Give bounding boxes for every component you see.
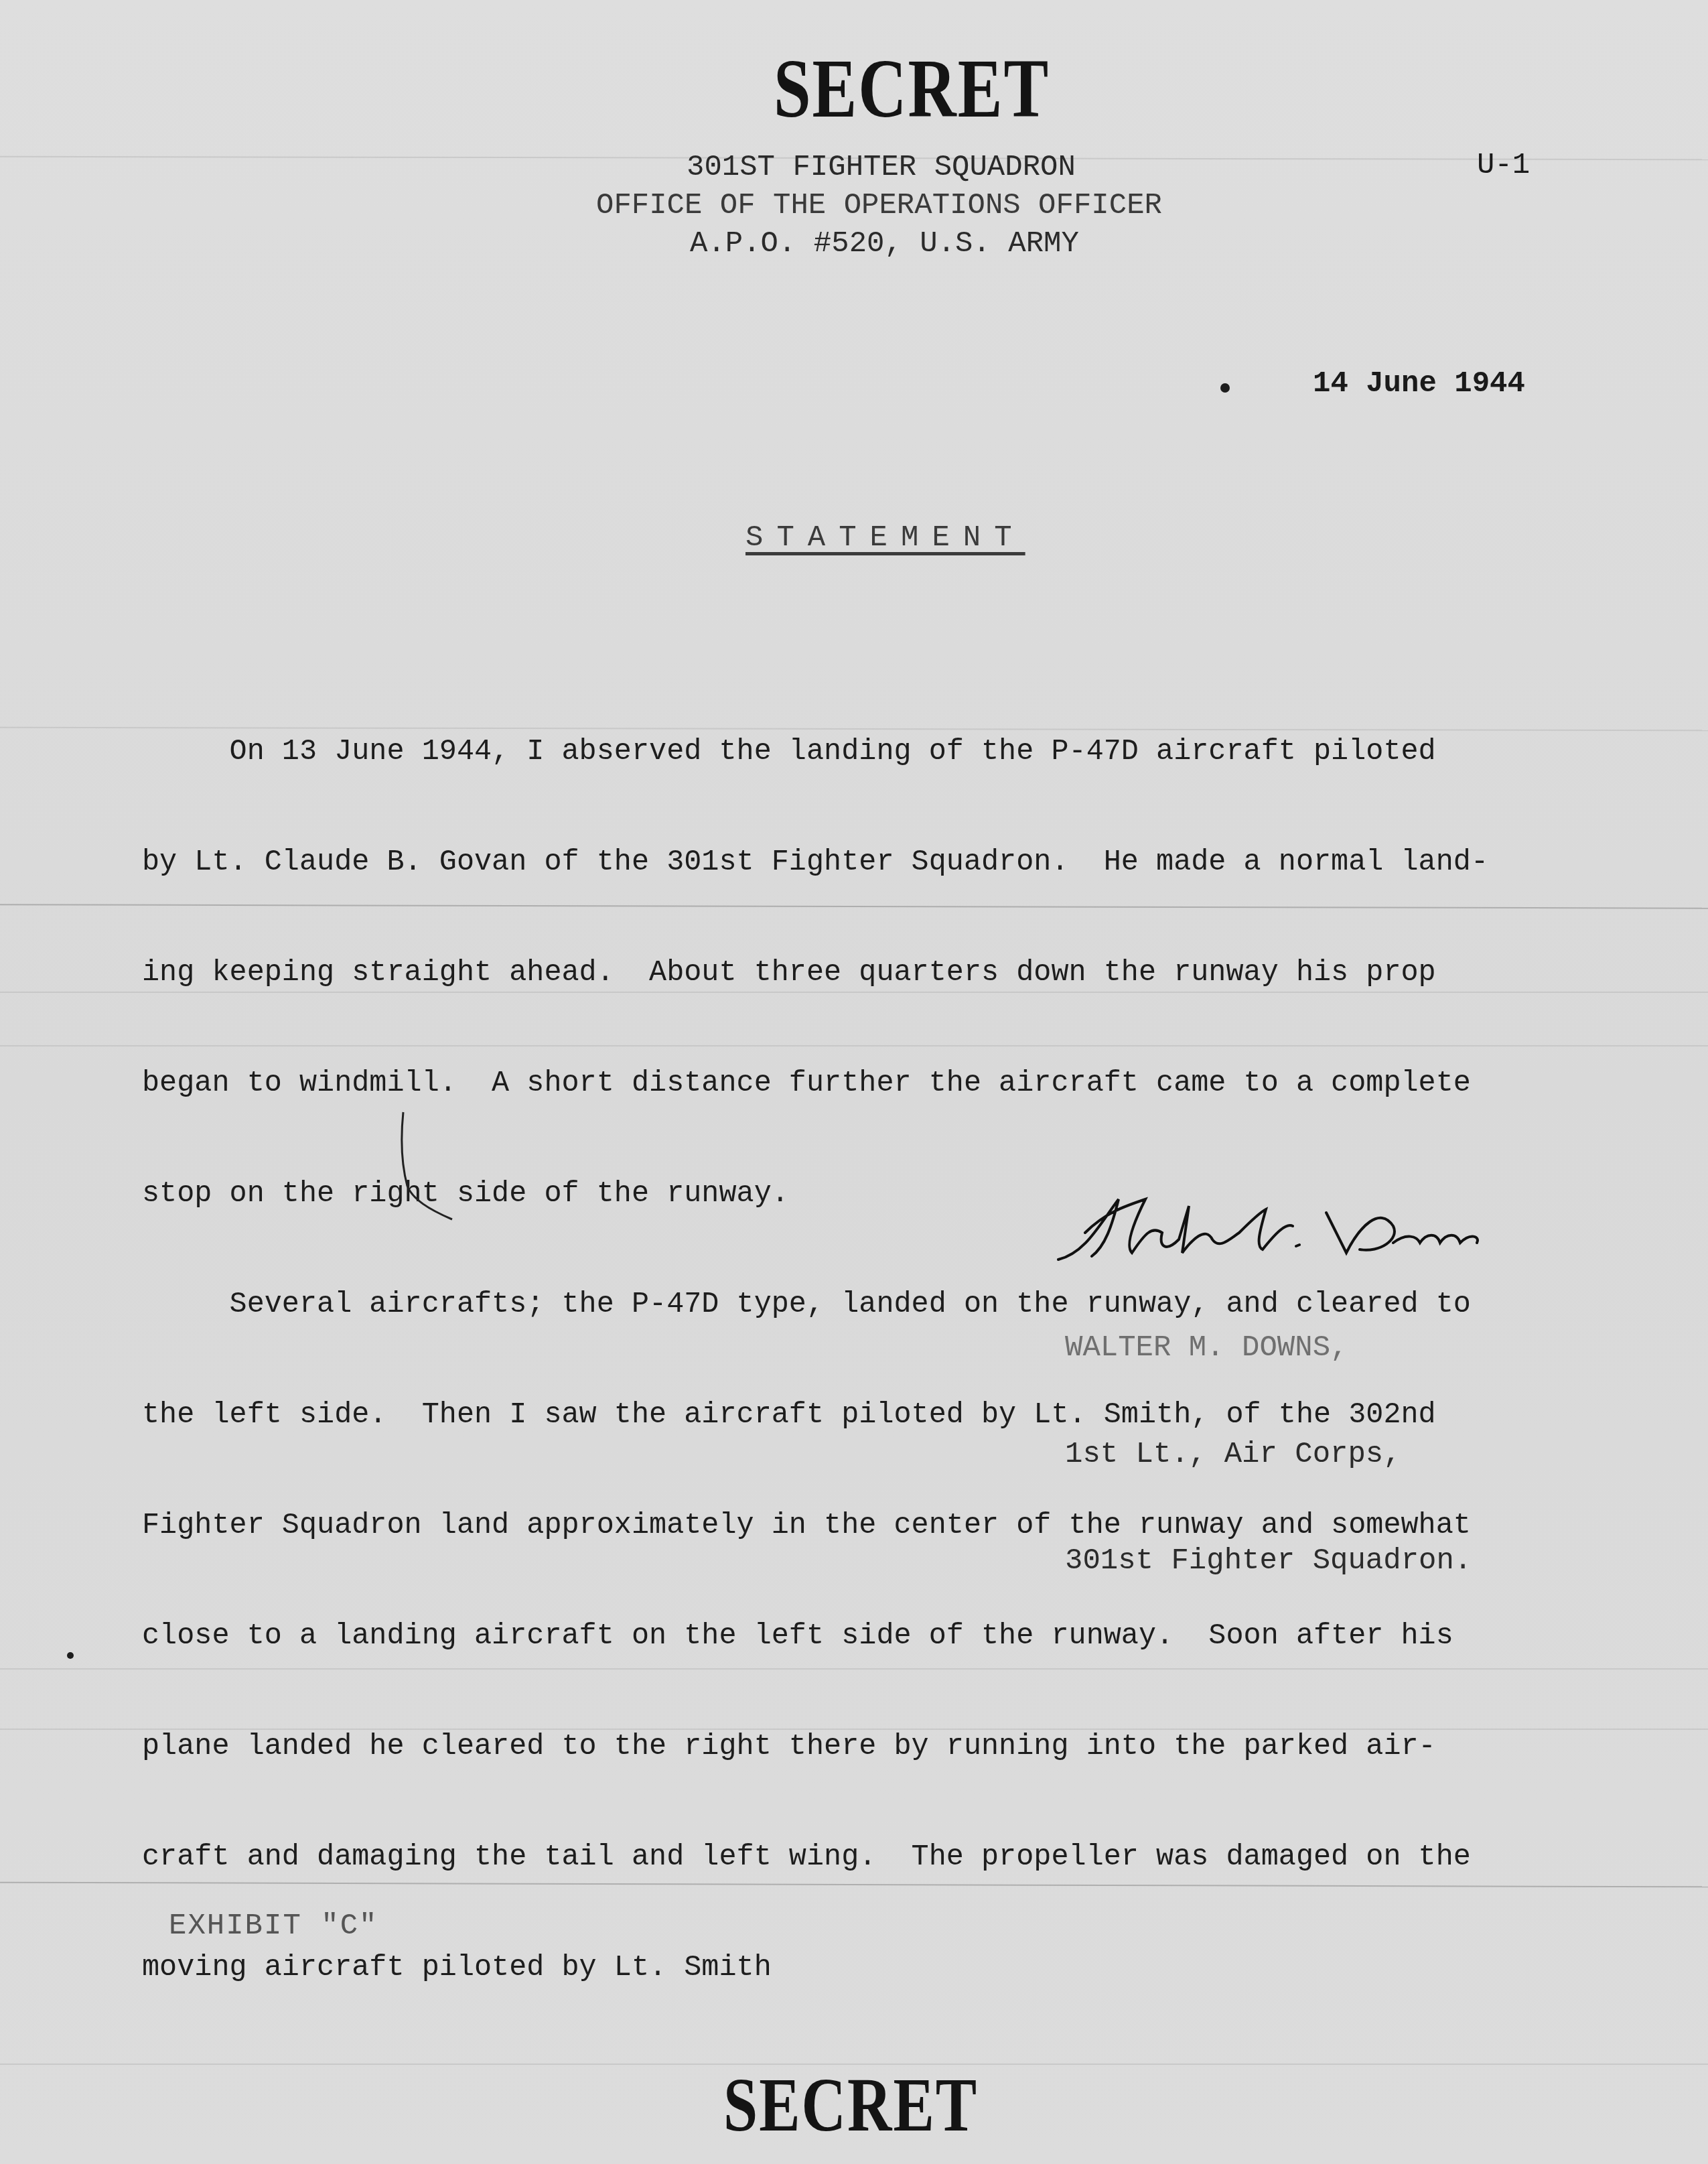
file-number: U-1 <box>1477 149 1530 182</box>
body-line: ing keeping straight ahead. About three … <box>142 955 1549 992</box>
ink-dot <box>1220 383 1230 393</box>
pen-mark-icon <box>395 1099 462 1233</box>
body-line: plane landed he cleared to the right the… <box>142 1729 1549 1765</box>
signer-unit: 301st Fighter Squadron. <box>1065 1544 1472 1579</box>
signer-name: WALTER M. DOWNS, <box>1065 1331 1472 1366</box>
body-line: moving aircraft piloted by Lt. Smith <box>142 1950 1549 1986</box>
signature-block: WALTER M. DOWNS, 1st Lt., Air Corps, 301… <box>1065 1260 1472 1615</box>
exhibit-label: EXHIBIT "C" <box>169 1909 378 1943</box>
body-line: craft and damaging the tail and left win… <box>142 1839 1549 1876</box>
document-date: 14 June 1944 <box>1313 367 1525 401</box>
body-line: close to a landing aircraft on the left … <box>142 1618 1549 1655</box>
body-line: by Lt. Claude B. Govan of the 301st Figh… <box>142 844 1549 881</box>
letterhead-office: OFFICE OF THE OPERATIONS OFFICER <box>596 189 1162 222</box>
letterhead-address: A.P.O. #520, U.S. ARMY <box>690 227 1079 261</box>
body-line: began to windmill. A short distance furt… <box>142 1065 1549 1102</box>
classification-top: SECRET <box>774 40 1050 137</box>
classification-bottom: SECRET <box>723 2060 978 2149</box>
body-line: On 13 June 1944, I abserved the landing … <box>142 734 1549 770</box>
signer-rank: 1st Lt., Air Corps, <box>1065 1437 1472 1473</box>
letterhead-unit: 301ST FIGHTER SQUADRON <box>687 151 1076 184</box>
document-title: STATEMENT <box>745 521 1025 555</box>
ink-dot <box>67 1652 74 1659</box>
